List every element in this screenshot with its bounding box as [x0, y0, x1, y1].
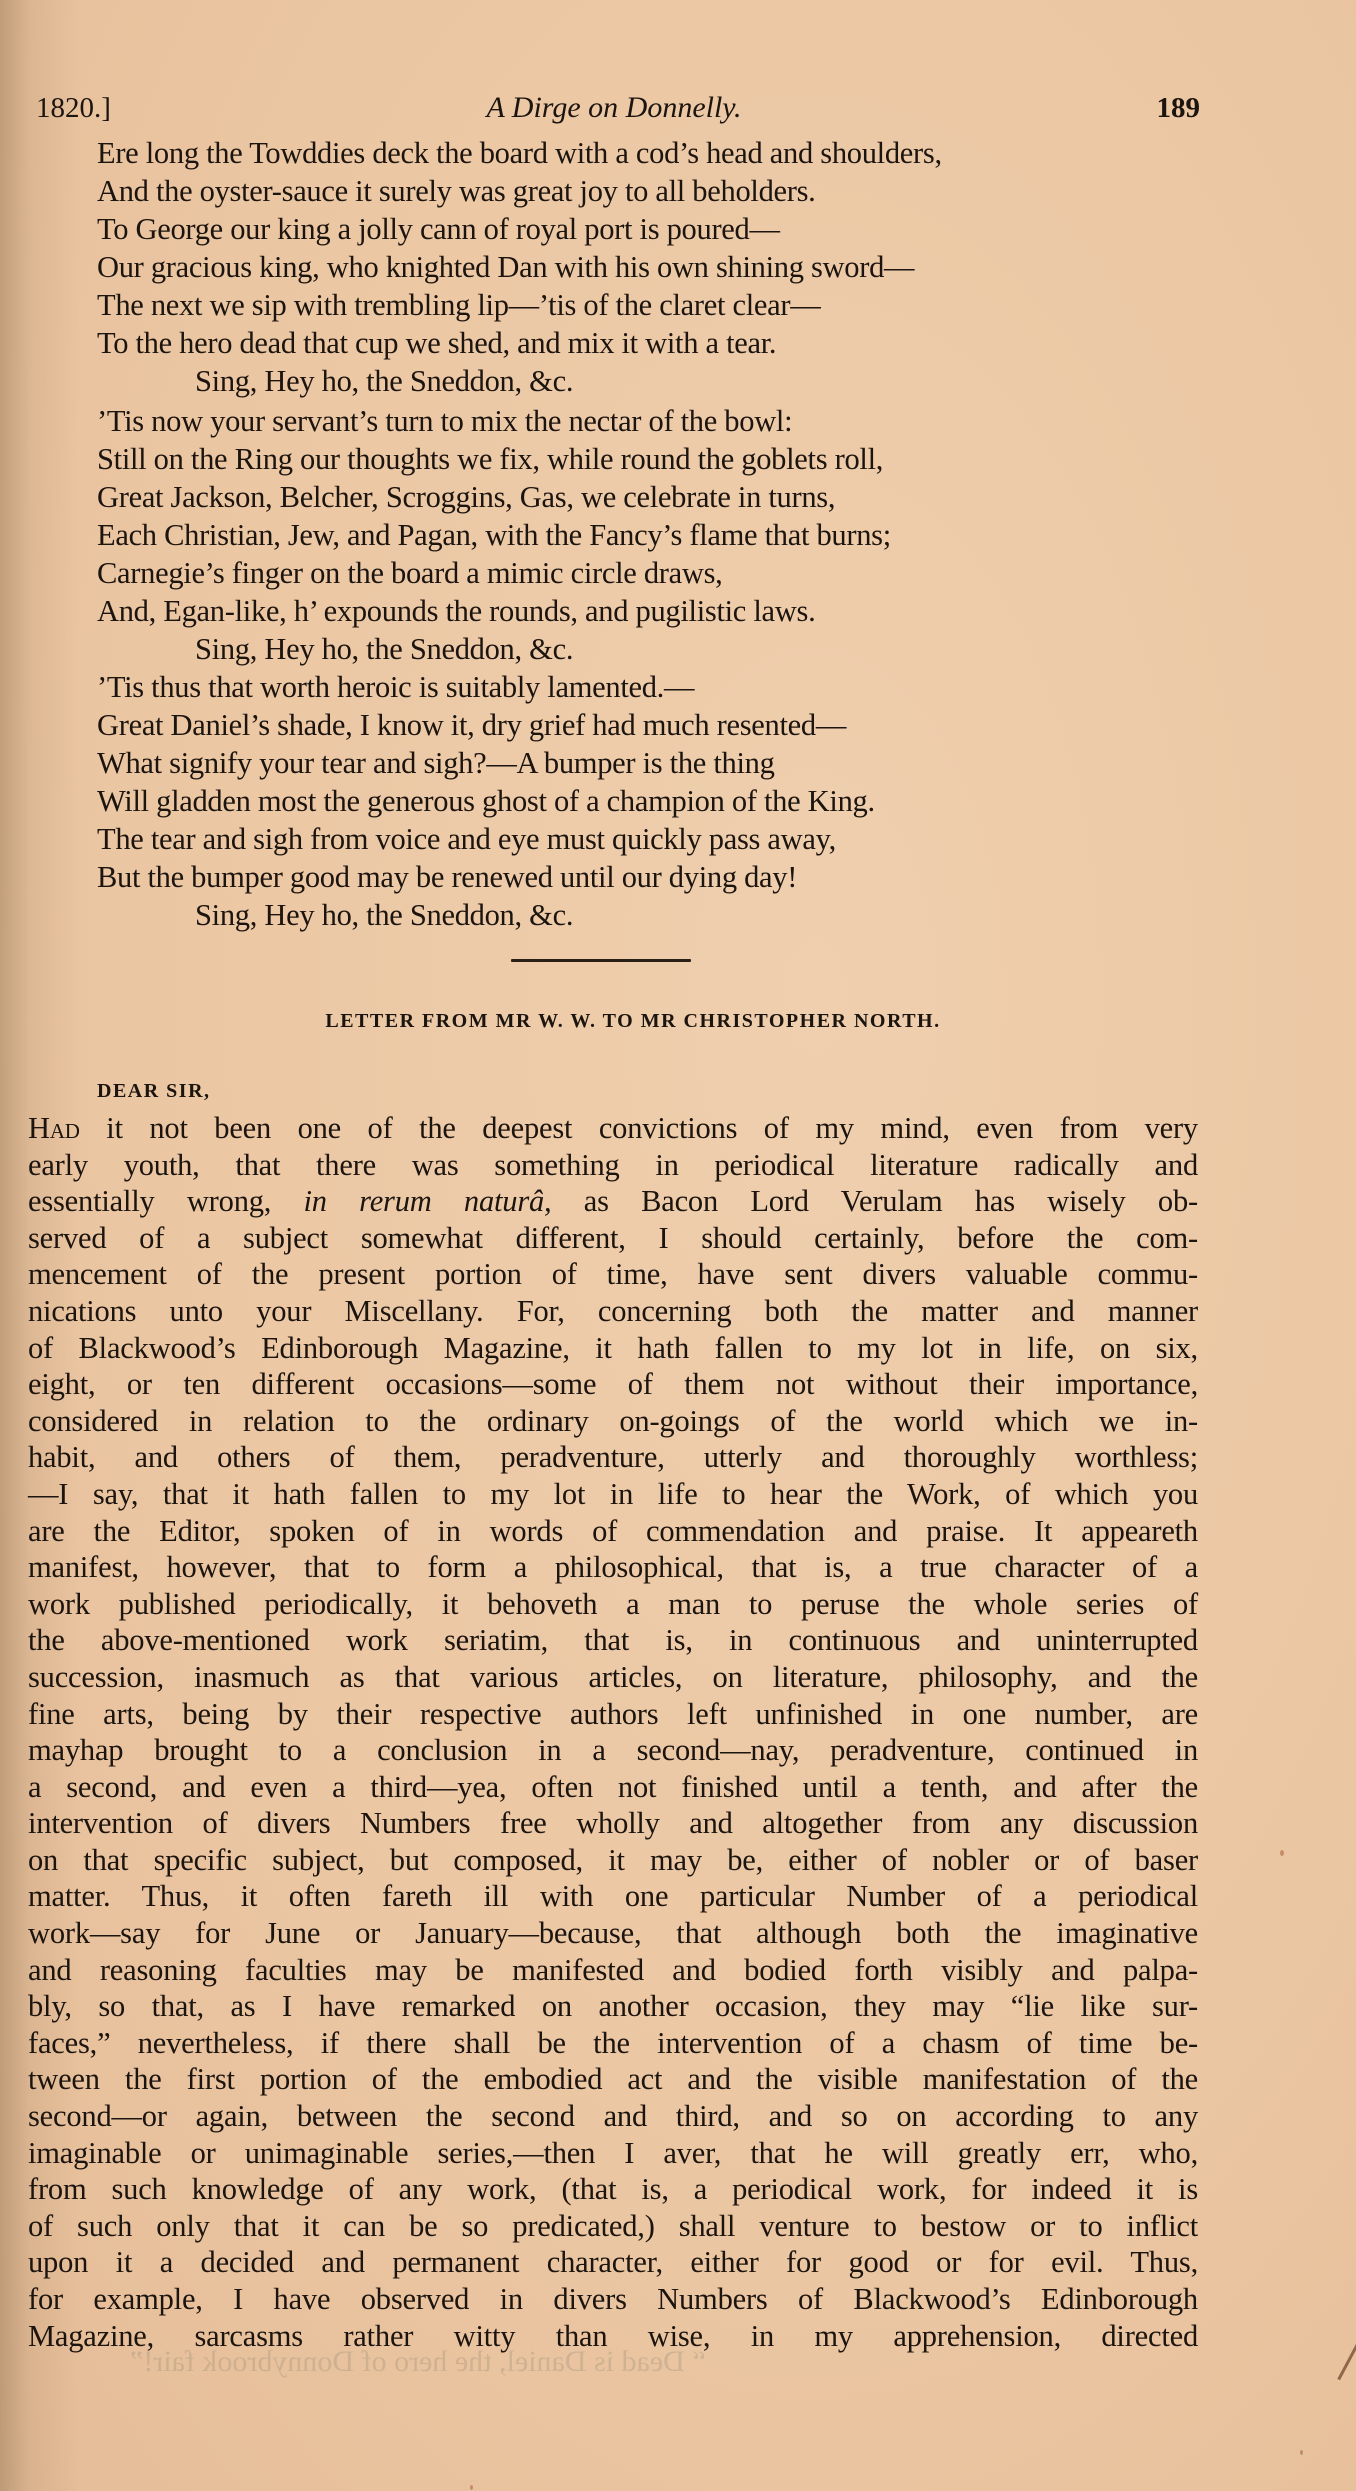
body-line: served of a subject somewhat different, … — [28, 1220, 1198, 1257]
body-line: from such knowledge of any work, (that i… — [28, 2171, 1198, 2208]
body-line: early youth, that there was something in… — [28, 1147, 1198, 1184]
poem-line: Our gracious king, who knighted Dan with… — [97, 248, 1197, 286]
body-line: imaginable or unimaginable series,—then … — [28, 2135, 1198, 2172]
poem-refrain: Sing, Hey ho, the Sneddon, &c. — [97, 896, 1197, 934]
letter-salutation: DEAR SIR, — [97, 1080, 211, 1103]
poem-line: ’Tis thus that worth heroic is suitably … — [97, 668, 1197, 706]
poem-line: Carnegie’s finger on the board a mimic c… — [97, 554, 1197, 592]
drop-word: Had — [28, 1111, 80, 1145]
body-line: mayhap brought to a conclusion in a seco… — [28, 1732, 1198, 1769]
body-line: eight, or ten different occasions—some o… — [28, 1366, 1198, 1403]
running-header: 1820.] A Dirge on Donnelly. 189 — [28, 88, 1200, 128]
paper-speck — [1300, 2450, 1303, 2455]
poem-line: The tear and sigh from voice and eye mus… — [97, 820, 1197, 858]
poem-line: Ere long the Towddies deck the board wit… — [97, 134, 1197, 172]
paper-speck — [470, 2485, 473, 2490]
poem-stanza: Ere long the Towddies deck the board wit… — [97, 134, 1197, 400]
body-line: upon it a decided and permanent characte… — [28, 2244, 1198, 2281]
body-line: of such only that it can be so predicate… — [28, 2208, 1198, 2245]
body-line: tween the first portion of the embodied … — [28, 2061, 1198, 2098]
body-line: matter. Thus, it often fareth ill with o… — [28, 1878, 1198, 1915]
poem-line: To George our king a jolly cann of royal… — [97, 210, 1197, 248]
body-line: considered in relation to the ordinary o… — [28, 1403, 1198, 1440]
paper-scratch — [1337, 2342, 1356, 2380]
section-divider-rule — [511, 959, 691, 962]
latin-phrase: in rerum naturâ, — [304, 1184, 552, 1218]
poem-line: And the oyster-sauce it surely was great… — [97, 172, 1197, 210]
poem-line: What signify your tear and sigh?—A bumpe… — [97, 744, 1197, 782]
body-line: Magazine, sarcasms rather witty than wis… — [28, 2318, 1198, 2355]
body-line: are the Editor, spoken of in words of co… — [28, 1513, 1198, 1550]
poem-line: Great Daniel’s shade, I know it, dry gri… — [97, 706, 1197, 744]
running-title: A Dirge on Donnelly. — [28, 88, 1200, 128]
poem-line: Great Jackson, Belcher, Scroggins, Gas, … — [97, 478, 1197, 516]
body-line: essentially wrong, in rerum naturâ, as B… — [28, 1183, 1198, 1220]
body-line: intervention of divers Numbers free whol… — [28, 1805, 1198, 1842]
body-line: manifest, however, that to form a philos… — [28, 1549, 1198, 1586]
body-line: and reasoning faculties may be manifeste… — [28, 1952, 1198, 1989]
body-line: for example, I have observed in divers N… — [28, 2281, 1198, 2318]
body-line: work published periodically, it behoveth… — [28, 1586, 1198, 1623]
poem-refrain: Sing, Hey ho, the Sneddon, &c. — [97, 630, 1197, 668]
body-line: the above-mentioned work seriatim, that … — [28, 1622, 1198, 1659]
poem-line: ’Tis now your servant’s turn to mix the … — [97, 402, 1197, 440]
body-line: succession, inasmuch as that various art… — [28, 1659, 1198, 1696]
page-number: 189 — [1157, 88, 1201, 128]
poem-line: And, Egan-like, h’ expounds the rounds, … — [97, 592, 1197, 630]
poem-line: The next we sip with trembling lip—’tis … — [97, 286, 1197, 324]
body-line: on that specific subject, but composed, … — [28, 1842, 1198, 1879]
poem-stanza: ’Tis thus that worth heroic is suitably … — [97, 668, 1197, 934]
body-line: mencement of the present portion of time… — [28, 1256, 1198, 1293]
body-line: second—or again, between the second and … — [28, 2098, 1198, 2135]
letter-body: Had it not been one of the deepest convi… — [28, 1110, 1198, 2354]
letter-title: LETTER FROM MR W. W. TO MR CHRISTOPHER N… — [0, 1010, 1356, 1033]
body-line-text: it not been one of the deepest convictio… — [80, 1111, 1198, 1145]
body-line: —I say, that it hath fallen to my lot in… — [28, 1476, 1198, 1513]
body-line: nications unto your Miscellany. For, con… — [28, 1293, 1198, 1330]
poem-line: To the hero dead that cup we shed, and m… — [97, 324, 1197, 362]
body-line: habit, and others of them, peradventure,… — [28, 1439, 1198, 1476]
body-line: Had it not been one of the deepest convi… — [28, 1110, 1198, 1147]
body-line: fine arts, being by their respective aut… — [28, 1696, 1198, 1733]
poem-refrain: Sing, Hey ho, the Sneddon, &c. — [97, 362, 1197, 400]
poem-line: Still on the Ring our thoughts we fix, w… — [97, 440, 1197, 478]
poem-stanza: ’Tis now your servant’s turn to mix the … — [97, 402, 1197, 668]
body-line: bly, so that, as I have remarked on anot… — [28, 1988, 1198, 2025]
body-line: of Blackwood’s Edinborough Magazine, it … — [28, 1330, 1198, 1367]
body-line: a second, and even a third—yea, often no… — [28, 1769, 1198, 1806]
poem-line: Each Christian, Jew, and Pagan, with the… — [97, 516, 1197, 554]
body-line: work—say for June or January—because, th… — [28, 1915, 1198, 1952]
paper-speck — [1280, 1850, 1284, 1856]
book-page: “ Dead is Daniel, the hero of Donnybrook… — [0, 0, 1356, 2491]
body-line: faces,” nevertheless, if there shall be … — [28, 2025, 1198, 2062]
body-line-text: essentially wrong, — [28, 1184, 271, 1218]
body-line-text: as Bacon Lord Verulam has wisely ob- — [551, 1184, 1198, 1218]
poem-line: Will gladden most the generous ghost of … — [97, 782, 1197, 820]
poem-line: But the bumper good may be renewed until… — [97, 858, 1197, 896]
